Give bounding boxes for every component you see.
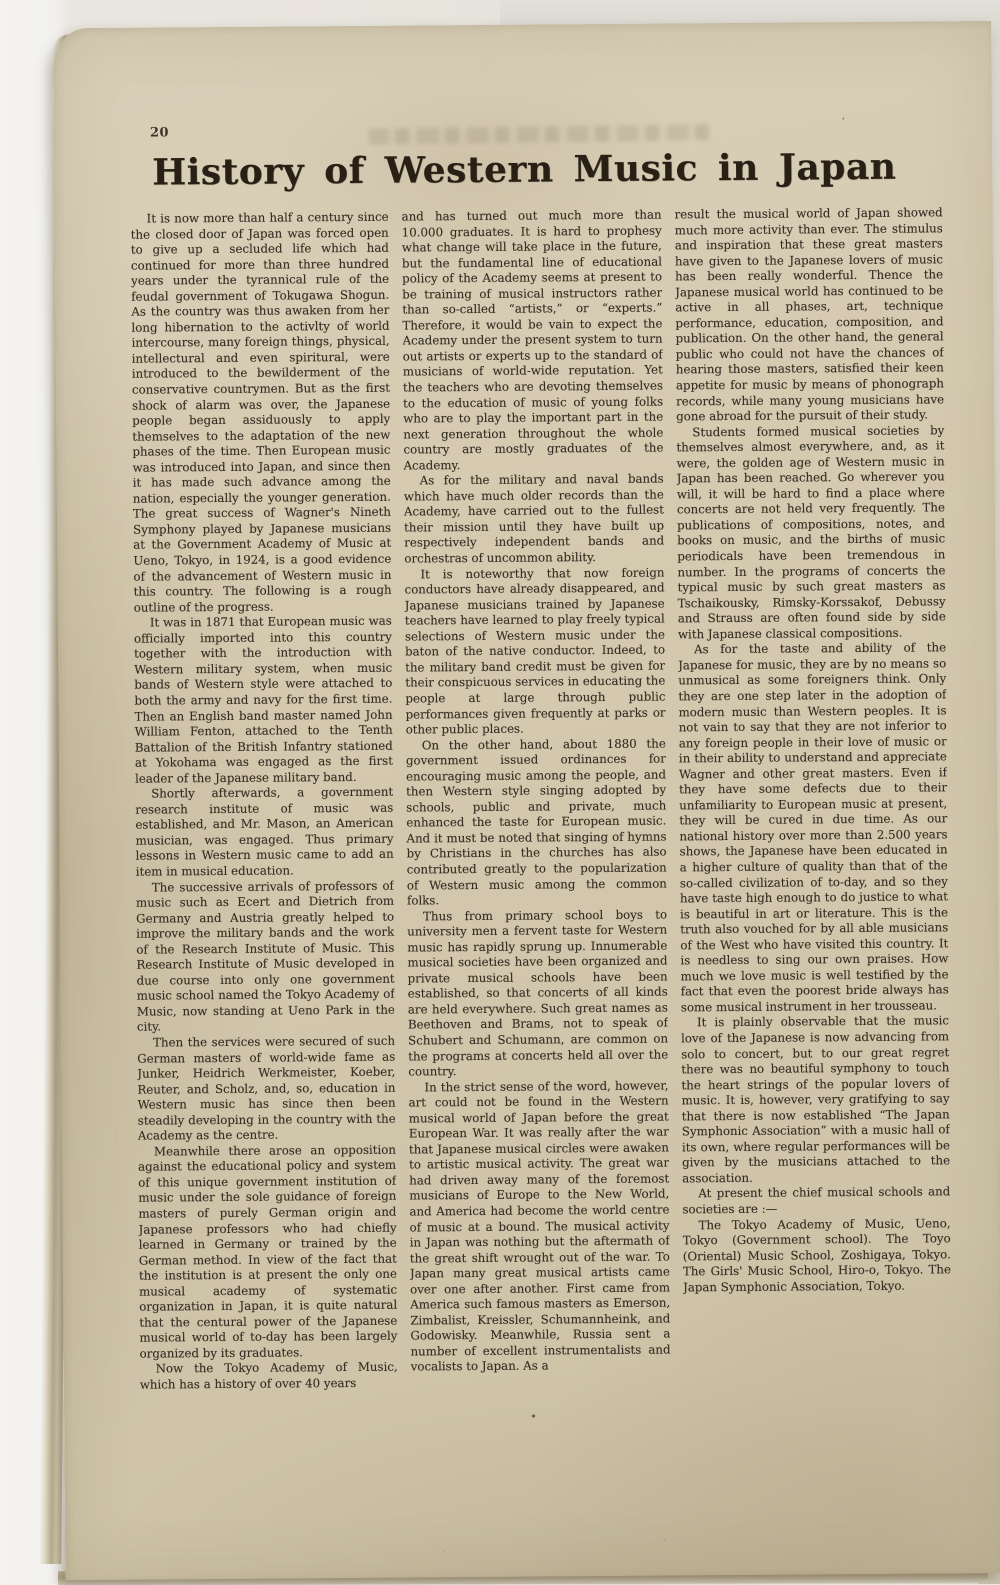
article-title: History of Western Music in Japan [94, 145, 954, 194]
paragraph: Shortly afterwards, a government researc… [135, 785, 394, 880]
text-column-1: It is now more than half a century since… [131, 210, 398, 1422]
paragraph: result the musical world of Japan showed… [675, 205, 945, 425]
paragraph: It is plainly observable that the music … [681, 1014, 950, 1187]
text-column-2: and has turned out much more than 10.000… [402, 208, 671, 1420]
paragraph: Meanwhile there arose an opposition agai… [138, 1142, 398, 1362]
paragraph: As for the military and naval bands whic… [404, 472, 665, 567]
paper-sheet: 20 History of Western Music in Japan It … [53, 21, 1000, 1580]
paragraph: It is noteworthy that now foreign conduc… [404, 565, 665, 738]
paragraph: It was in 1871 that European music was o… [134, 614, 393, 787]
page-number: 20 [150, 125, 169, 140]
paragraph: On the other hand, about 1880 the govern… [406, 736, 667, 909]
paragraph: Now the Tokyo Academy of Music, which ha… [140, 1360, 398, 1393]
paragraph: In the strict sense of the word, however… [408, 1078, 670, 1375]
paragraph: Students formed musical societies by the… [676, 423, 946, 643]
text-column-3: result the musical world of Japan showed… [675, 205, 952, 1417]
paragraph: Thus from primary school boys to univers… [407, 907, 668, 1080]
paragraph: The Tokyo Academy of Music, Ueno, Tokyo … [683, 1216, 952, 1296]
paragraph: At present the chief musical schools and… [682, 1185, 950, 1218]
show-through-text-artifact [369, 124, 709, 144]
paragraph: and has turned out much more than 10.000… [402, 208, 664, 474]
paragraph: It is now more than half a century since… [131, 210, 392, 616]
article-text-columns: It is now more than half a century since… [131, 205, 952, 1421]
paragraph: The successive arrivals of professors of… [136, 878, 395, 1035]
paragraph: As for the taste and ability of the Japa… [678, 641, 949, 1016]
paragraph: Then the services were secured of such G… [137, 1034, 396, 1145]
